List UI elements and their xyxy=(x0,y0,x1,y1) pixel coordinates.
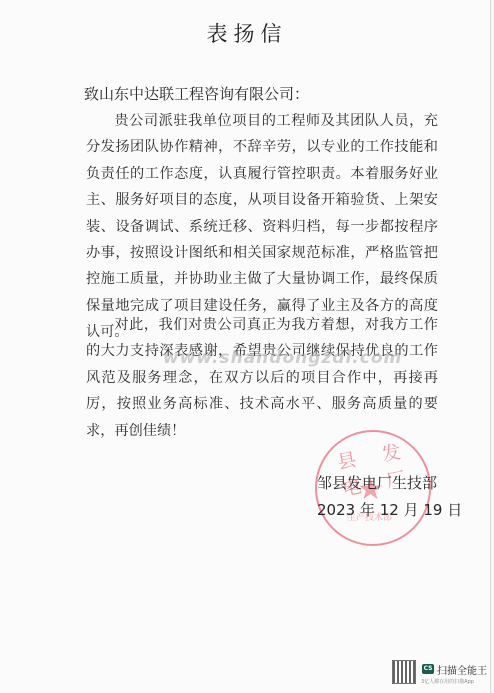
document-page: 表扬信 致山东中达联工程咨询有限公司： 贵公司派驻我单位项目的工程师及其团队人员… xyxy=(0,0,491,693)
watermark-text: www.shandongzdl.com xyxy=(163,348,402,368)
scanner-app-name: 扫描全能王 xyxy=(437,662,487,677)
camscanner-logo-icon: CS xyxy=(422,664,434,674)
qr-code-icon xyxy=(393,661,415,683)
signer-name: 邹县发电厂生技部 xyxy=(317,472,437,493)
signature-date: 2023 年 12 月 19 日 xyxy=(317,499,462,520)
body-paragraph-2: 对此，我们对贵公司真正为我方着想，对我方工作的大力支持深表感谢，希望贵公司继续保… xyxy=(86,312,438,444)
recipient-line: 致山东中达联工程咨询有限公司： xyxy=(84,83,309,104)
body-paragraph-1: 贵公司派驻我单位项目的工程师及其团队人员，充分发扬团队协作精神，不辞辛劳，以专业… xyxy=(86,108,438,346)
scanner-tagline: 3亿人都在用的扫描App xyxy=(421,678,474,685)
document-title: 表扬信 xyxy=(0,18,494,48)
